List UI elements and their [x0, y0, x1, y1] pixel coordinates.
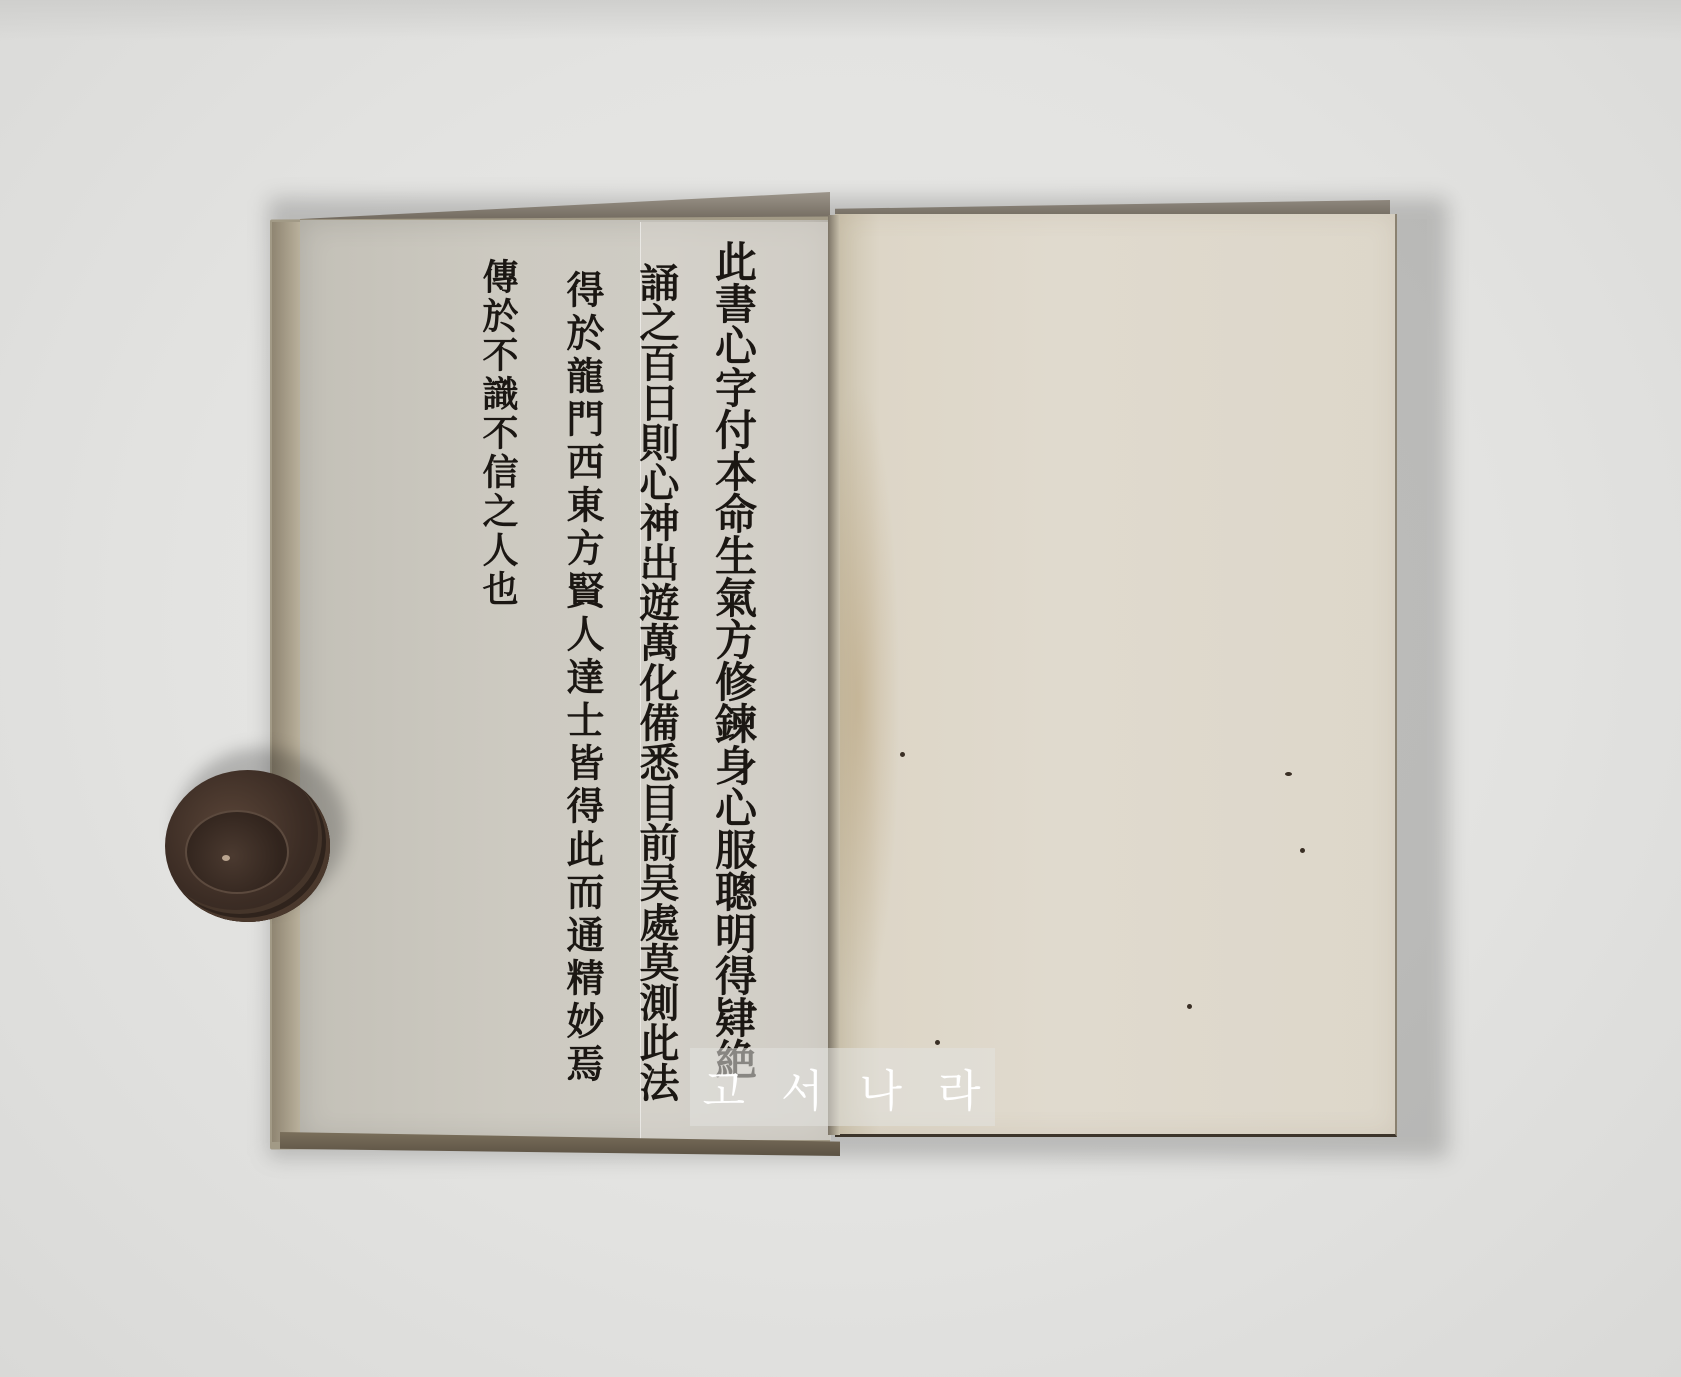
calligraphy-column-1: 此書心字付本命生氣方修鍊身心服聰明得肄絶: [712, 240, 754, 1120]
right-page-stain: [840, 380, 900, 1020]
calligraphy-column-2: 誦之百日則心神出遊萬化備悉目前吴處莫測此法: [636, 262, 676, 1142]
paper-speck: [1300, 848, 1305, 853]
calligraphy-column-3: 得於龍門西東方賢人達士皆得此而通精妙焉: [563, 270, 601, 1087]
paper-speck: [900, 752, 905, 757]
brass-weight-highlight: [222, 855, 230, 861]
left-cover-strip: [272, 222, 300, 1142]
paper-speck: [1285, 772, 1292, 776]
photo-scene: 此書心字付本命生氣方修鍊身心服聰明得肄絶 誦之百日則心神出遊萬化備悉目前吴處莫測…: [0, 0, 1681, 1377]
paper-speck: [935, 1040, 940, 1045]
watermark-char: 나: [860, 1055, 905, 1119]
calligraphy-column-4: 傳於不識不信之人也: [480, 258, 516, 609]
watermark: 고 서 나 라: [690, 1048, 995, 1126]
brass-weight-knob: [185, 810, 289, 894]
background-shadow: [0, 0, 1681, 40]
watermark-char: 서: [781, 1055, 826, 1119]
watermark-char: 라: [938, 1055, 983, 1119]
right-page: [835, 214, 1397, 1137]
book-gutter: [828, 215, 840, 1135]
watermark-char: 고: [702, 1055, 747, 1119]
paper-speck: [1187, 1004, 1192, 1009]
